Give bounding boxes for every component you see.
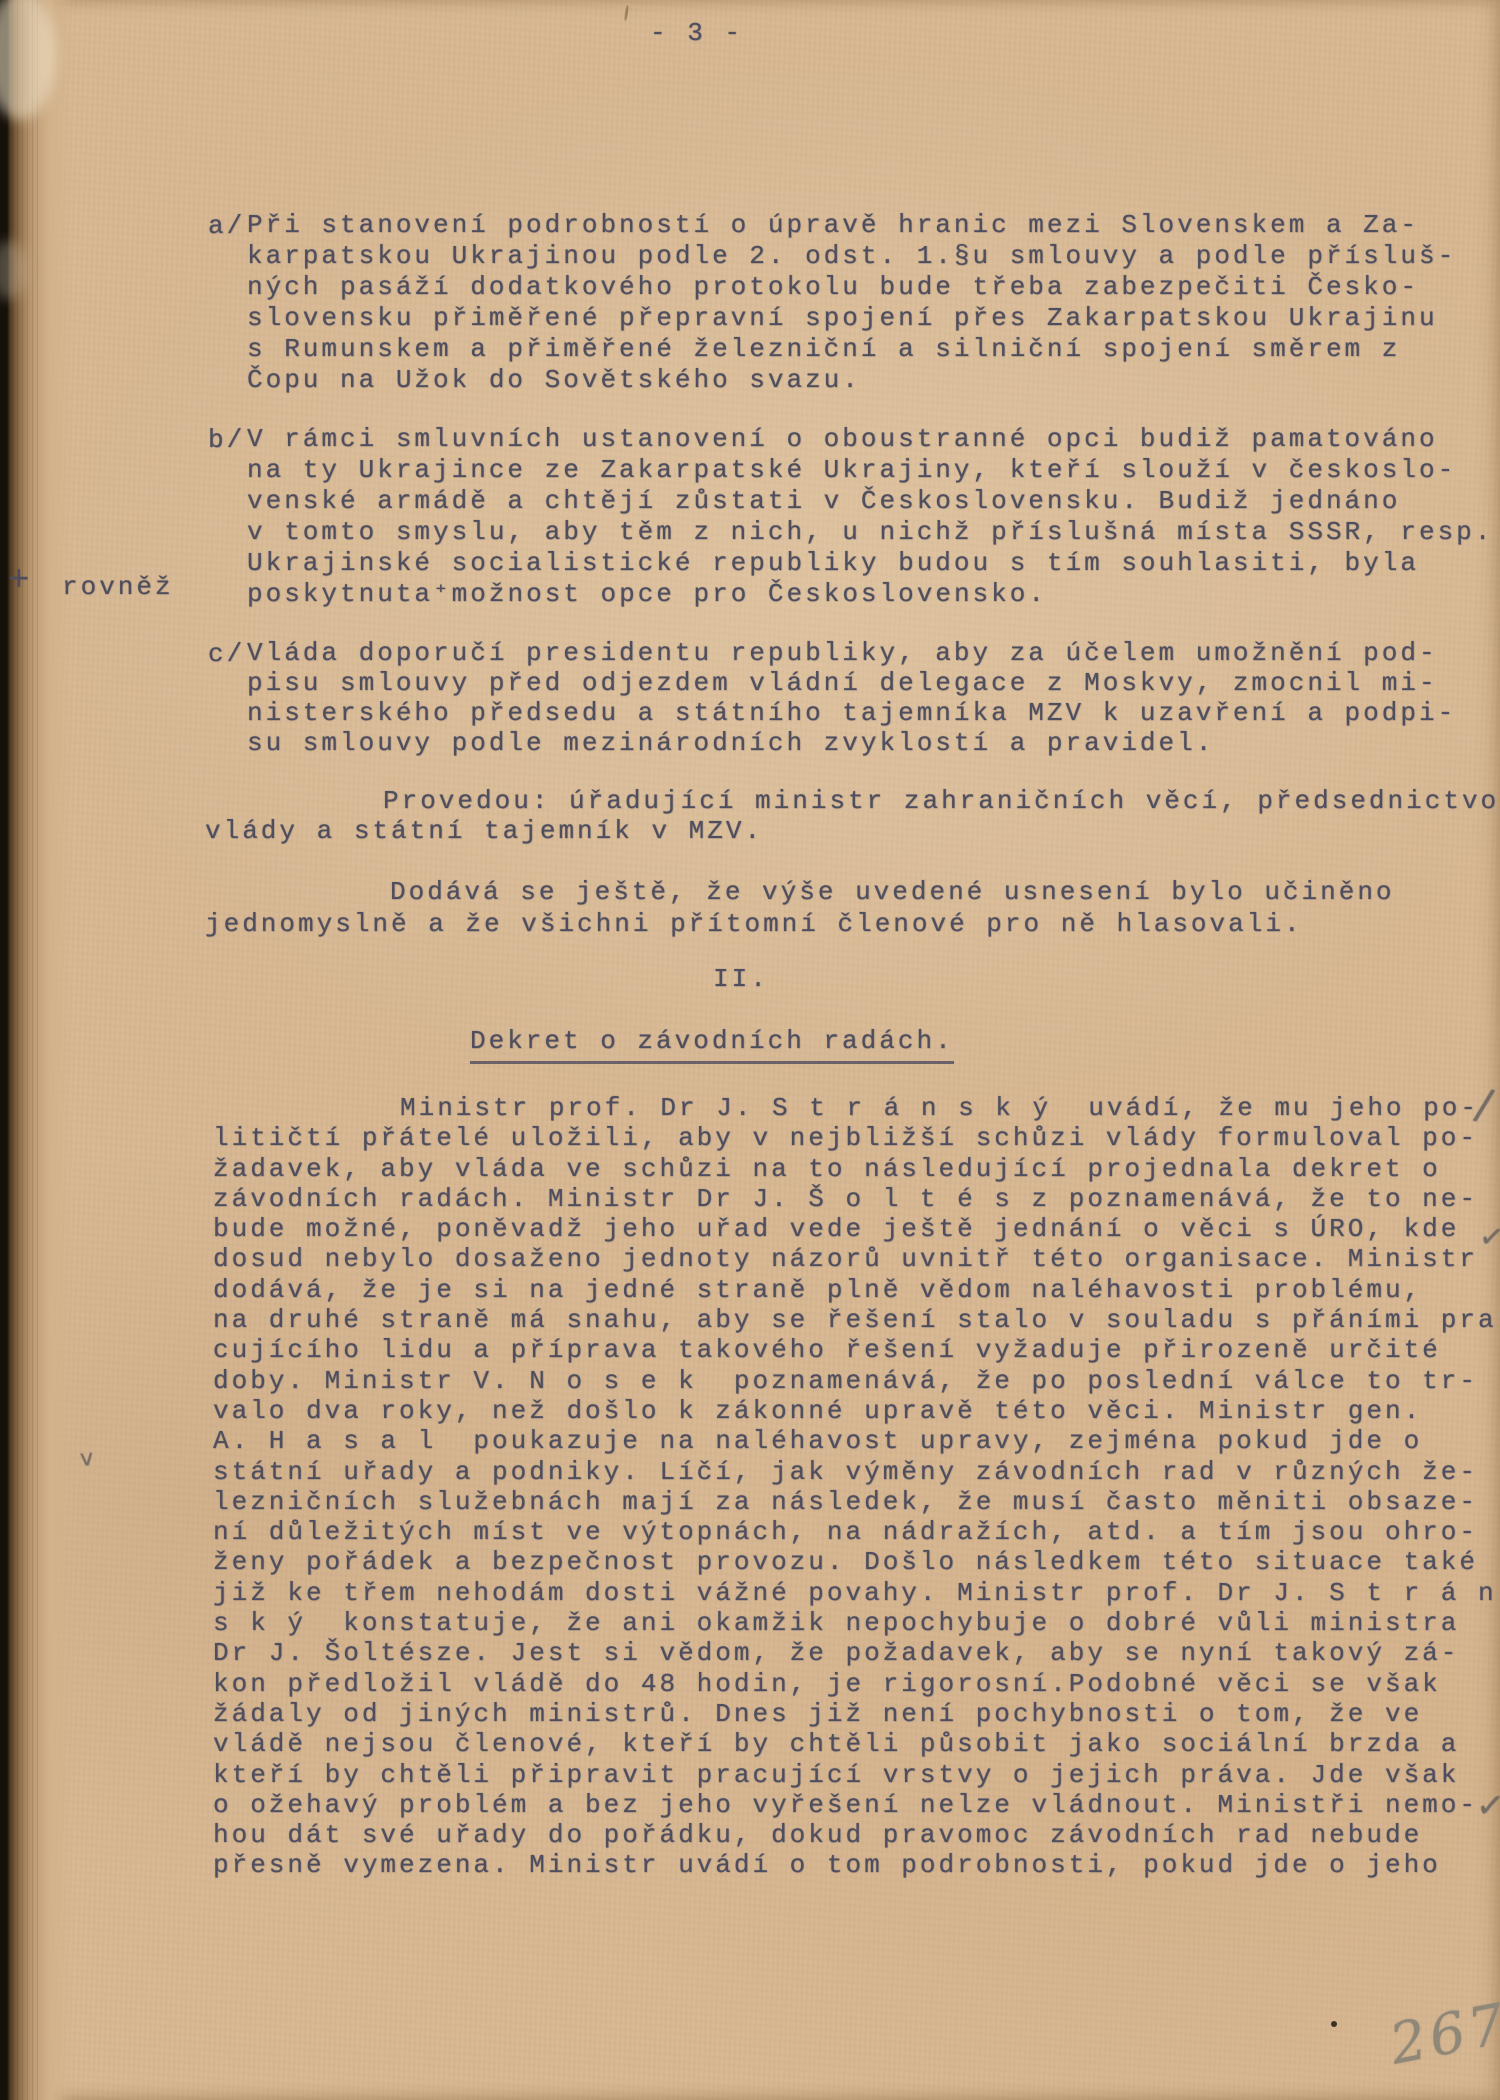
clause-b-lines: V rámci smluvních ustanovení o oboustran…: [247, 424, 1493, 610]
pencil-check-mark: v: [79, 1445, 97, 1471]
text-line: hou dát své uřady do pořádku, dokud prav…: [213, 1820, 1500, 1850]
text-line: na druhé straně má snahu, aby se řešení …: [213, 1305, 1500, 1335]
text-line: kon předložil vládě do 48 hodin, je rigo…: [213, 1669, 1500, 1699]
text-line: kteří by chtěli připravit pracující vrst…: [213, 1760, 1500, 1790]
text-line: vlády a státní tajemník v MZV.: [205, 816, 1499, 846]
clause-b: b/ V rámci smluvních ustanovení o oboust…: [247, 424, 1493, 610]
text-line: poskytnuta⁺možnost opce pro Českoslovens…: [247, 579, 1493, 610]
text-line: žadavek, aby vláda ve schůzi na to násle…: [213, 1154, 1500, 1184]
text-line: Ukrajinské socialistické republiky budou…: [247, 548, 1493, 579]
text-line: litičtí přátelé uložili, aby v nejbližší…: [213, 1123, 1500, 1153]
text-line: státní uřady a podniky. Líčí, jak výměny…: [213, 1457, 1500, 1487]
text-line: su smlouvy podle mezinárodních zvyklostí…: [247, 728, 1456, 758]
unanimity-note: Dodává se ještě, že výše uvedené usnesen…: [205, 876, 1395, 940]
pencil-check-mark: ✓: [1474, 1785, 1500, 1828]
text-line: s k ý konstatuje, že ani okamžik nepochy…: [213, 1608, 1500, 1638]
paper-speck: [624, 5, 629, 21]
clause-c-lines: Vláda doporučí presidentu republiky, aby…: [247, 638, 1456, 758]
clause-b-label: b/: [208, 425, 245, 455]
text-line: o ožehavý problém a bez jeho vyřešení ne…: [213, 1790, 1500, 1820]
paper-speck: [1331, 2021, 1337, 2027]
text-line: pisu smlouvy před odjezdem vládní delega…: [247, 668, 1456, 698]
text-line: ných pasáží dodatkového protokolu bude t…: [247, 272, 1456, 303]
text-line: vládě nejsou členové, kteří by chtěli pů…: [213, 1729, 1500, 1759]
text-line: již ke třem nehodám dosti vážné povahy. …: [213, 1578, 1500, 1608]
text-line: ní důležitých míst ve výtopnách, na nádr…: [213, 1517, 1500, 1547]
text-line: Provedou: úřadující ministr zahraničních…: [205, 786, 1499, 816]
clause-a: a/ Při stanovení podrobností o úpravě hr…: [247, 210, 1456, 396]
text-line: Při stanovení podrobností o úpravě hrani…: [247, 210, 1456, 241]
margin-note: rovněž: [62, 572, 174, 602]
scanned-document-page: - 3 - a/ Při stanovení podrobností o úpr…: [0, 0, 1500, 2100]
text-line: Ministr prof. Dr J. S t r á n s k ý uvád…: [213, 1093, 1500, 1123]
text-line: Dr J. Šoltésze. Jest si vědom, že požada…: [213, 1638, 1500, 1668]
clause-a-label: a/: [208, 211, 245, 241]
section-numeral: II.: [713, 964, 769, 994]
text-line: žádaly od jiných ministrů. Dnes již není…: [213, 1699, 1500, 1729]
text-line: na ty Ukrajince ze Zakarpatské Ukrajiny,…: [247, 455, 1493, 486]
clause-c: c/ Vláda doporučí presidentu republiky, …: [247, 638, 1456, 758]
text-line: přesně vymezena. Ministr uvádí o tom pod…: [213, 1850, 1500, 1880]
text-line: karpatskou Ukrajinou podle 2. odst. 1.§u…: [247, 241, 1456, 272]
text-line: lezničních služebnách mají za následek, …: [213, 1487, 1500, 1517]
text-line: dosud nebylo dosaženo jednoty názorů uvn…: [213, 1244, 1500, 1274]
text-line: cujícího lidu a příprava takového řešení…: [213, 1335, 1500, 1365]
clause-c-label: c/: [208, 639, 245, 669]
text-line: venské armádě a chtějí zůstati v Českosl…: [247, 486, 1493, 517]
text-line: slovensku přiměřené přepravní spojení př…: [247, 303, 1456, 334]
clause-a-lines: Při stanovení podrobností o úpravě hrani…: [247, 210, 1456, 396]
text-line: A. H a s a l poukazuje na naléhavost upr…: [213, 1426, 1500, 1456]
execution-note: Provedou: úřadující ministr zahraničních…: [205, 786, 1499, 846]
text-line: bude možné, poněvadž jeho uřad vede ješt…: [213, 1214, 1500, 1244]
text-line: Čopu na Užok do Sovětského svazu.: [247, 365, 1456, 396]
text-line: Vláda doporučí presidentu republiky, aby…: [247, 638, 1456, 668]
text-line: ženy pořádek a bezpečnost provozu. Došlo…: [213, 1547, 1500, 1577]
text-line: závodních radách. Ministr Dr J. Š o l t …: [213, 1184, 1500, 1214]
minutes-body: Ministr prof. Dr J. S t r á n s k ý uvád…: [213, 1093, 1500, 1881]
page-number: - 3 -: [650, 18, 743, 48]
handwritten-folio-number: 267: [1385, 1991, 1500, 2077]
section-heading: Dekret o závodních radách.: [470, 1026, 954, 1064]
text-line: Dodává se ještě, že výše uvedené usnesen…: [205, 876, 1395, 908]
text-line: valo dva roky, než došlo k zákonné uprav…: [213, 1396, 1500, 1426]
text-line: v tomto smyslu, aby těm z nich, u nichž …: [247, 517, 1493, 548]
text-line: V rámci smluvních ustanovení o oboustran…: [247, 424, 1493, 455]
binding-edge: [0, 0, 74, 2100]
text-line: jednomyslně a že všichni přítomní členov…: [205, 908, 1395, 940]
insertion-mark: +: [8, 560, 33, 601]
text-line: dodává, že je si na jedné straně plně vě…: [213, 1275, 1500, 1305]
text-line: doby. Ministr V. N o s e k poznamenává, …: [213, 1366, 1500, 1396]
text-line: s Rumunskem a přiměřené železniční a sil…: [247, 334, 1456, 365]
text-line: nisterského předsedu a státního tajemník…: [247, 698, 1456, 728]
pencil-check-mark: ✓: [1477, 1218, 1500, 1257]
